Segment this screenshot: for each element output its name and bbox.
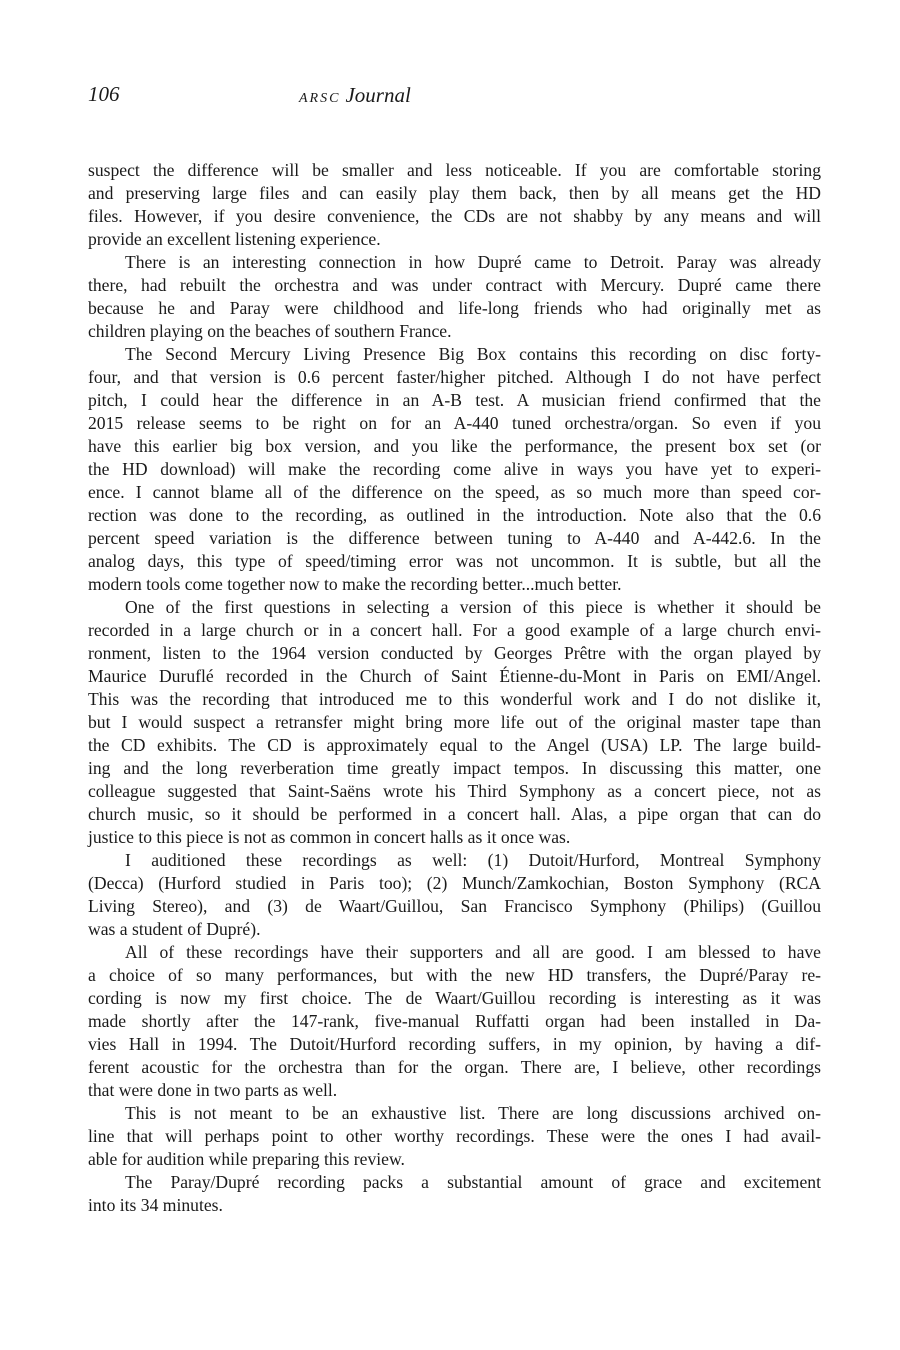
- text-line: made shortly after the 147-rank, five-ma…: [88, 1010, 821, 1033]
- text-line: The Paray/Dupré recording packs a substa…: [88, 1171, 821, 1194]
- text-line: All of these recordings have their suppo…: [88, 941, 821, 964]
- text-line: a choice of so many performances, but wi…: [88, 964, 821, 987]
- text-line: and preserving large files and can easil…: [88, 182, 821, 205]
- paragraph: There is an interesting connection in ho…: [88, 251, 821, 343]
- text-line: was a student of Dupré).: [88, 918, 821, 941]
- text-line: because he and Paray were childhood and …: [88, 297, 821, 320]
- running-header: 106 ARSCJournal: [88, 82, 828, 110]
- text-line: suspect the difference will be smaller a…: [88, 159, 821, 182]
- article-body: suspect the difference will be smaller a…: [88, 159, 821, 1217]
- text-line: 2015 release seems to be right on for an…: [88, 412, 821, 435]
- text-line: justice to this piece is not as common i…: [88, 826, 821, 849]
- text-line: into its 34 minutes.: [88, 1194, 821, 1217]
- text-line: This was the recording that introduced m…: [88, 688, 821, 711]
- text-line: cording is now my first choice. The de W…: [88, 987, 821, 1010]
- text-line: ronment, listen to the 1964 version cond…: [88, 642, 821, 665]
- paragraph: The Paray/Dupré recording packs a substa…: [88, 1171, 821, 1217]
- page-number: 106: [88, 82, 120, 107]
- text-line: recorded in a large church or in a conce…: [88, 619, 821, 642]
- paragraph: suspect the difference will be smaller a…: [88, 159, 821, 251]
- text-line: ferent acoustic for the orchestra than f…: [88, 1056, 821, 1079]
- text-line: I auditioned these recordings as well: (…: [88, 849, 821, 872]
- text-line: vies Hall in 1994. The Dutoit/Hurford re…: [88, 1033, 821, 1056]
- paragraph: This is not meant to be an exhaustive li…: [88, 1102, 821, 1171]
- text-line: able for audition while preparing this r…: [88, 1148, 821, 1171]
- text-line: ing and the long reverberation time grea…: [88, 757, 821, 780]
- text-line: One of the first questions in selecting …: [88, 596, 821, 619]
- text-line: but I would suspect a retransfer might b…: [88, 711, 821, 734]
- text-line: there, had rebuilt the orchestra and was…: [88, 274, 821, 297]
- text-line: children playing on the beaches of south…: [88, 320, 821, 343]
- text-line: church music, so it should be performed …: [88, 803, 821, 826]
- text-line: files. However, if you desire convenienc…: [88, 205, 821, 228]
- text-line: colleague suggested that Saint-Saëns wro…: [88, 780, 821, 803]
- text-line: pitch, I could hear the difference in an…: [88, 389, 821, 412]
- text-line: ence. I cannot blame all of the differen…: [88, 481, 821, 504]
- text-line: line that will perhaps point to other wo…: [88, 1125, 821, 1148]
- text-line: provide an excellent listening experienc…: [88, 228, 821, 251]
- text-line: four, and that version is 0.6 percent fa…: [88, 366, 821, 389]
- paragraph: The Second Mercury Living Presence Big B…: [88, 343, 821, 596]
- text-line: percent speed variation is the differenc…: [88, 527, 821, 550]
- text-line: the CD exhibits. The CD is approximately…: [88, 734, 821, 757]
- text-line: that were done in two parts as well.: [88, 1079, 821, 1102]
- journal-title: ARSCJournal: [299, 83, 411, 108]
- text-line: There is an interesting connection in ho…: [88, 251, 821, 274]
- text-line: rection was done to the recording, as ou…: [88, 504, 821, 527]
- journal-title-smallcaps: ARSC: [299, 91, 340, 106]
- text-line: Maurice Duruflé recorded in the Church o…: [88, 665, 821, 688]
- text-line: This is not meant to be an exhaustive li…: [88, 1102, 821, 1125]
- text-line: have this earlier big box version, and y…: [88, 435, 821, 458]
- text-line: analog days, this type of speed/timing e…: [88, 550, 821, 573]
- journal-title-name: Journal: [345, 83, 410, 107]
- text-line: (Decca) (Hurford studied in Paris too); …: [88, 872, 821, 895]
- paragraph: I auditioned these recordings as well: (…: [88, 849, 821, 941]
- text-line: the HD download) will make the recording…: [88, 458, 821, 481]
- text-line: modern tools come together now to make t…: [88, 573, 821, 596]
- paragraph: All of these recordings have their suppo…: [88, 941, 821, 1102]
- text-line: The Second Mercury Living Presence Big B…: [88, 343, 821, 366]
- text-line: Living Stereo), and (3) de Waart/Guillou…: [88, 895, 821, 918]
- paragraph: One of the first questions in selecting …: [88, 596, 821, 849]
